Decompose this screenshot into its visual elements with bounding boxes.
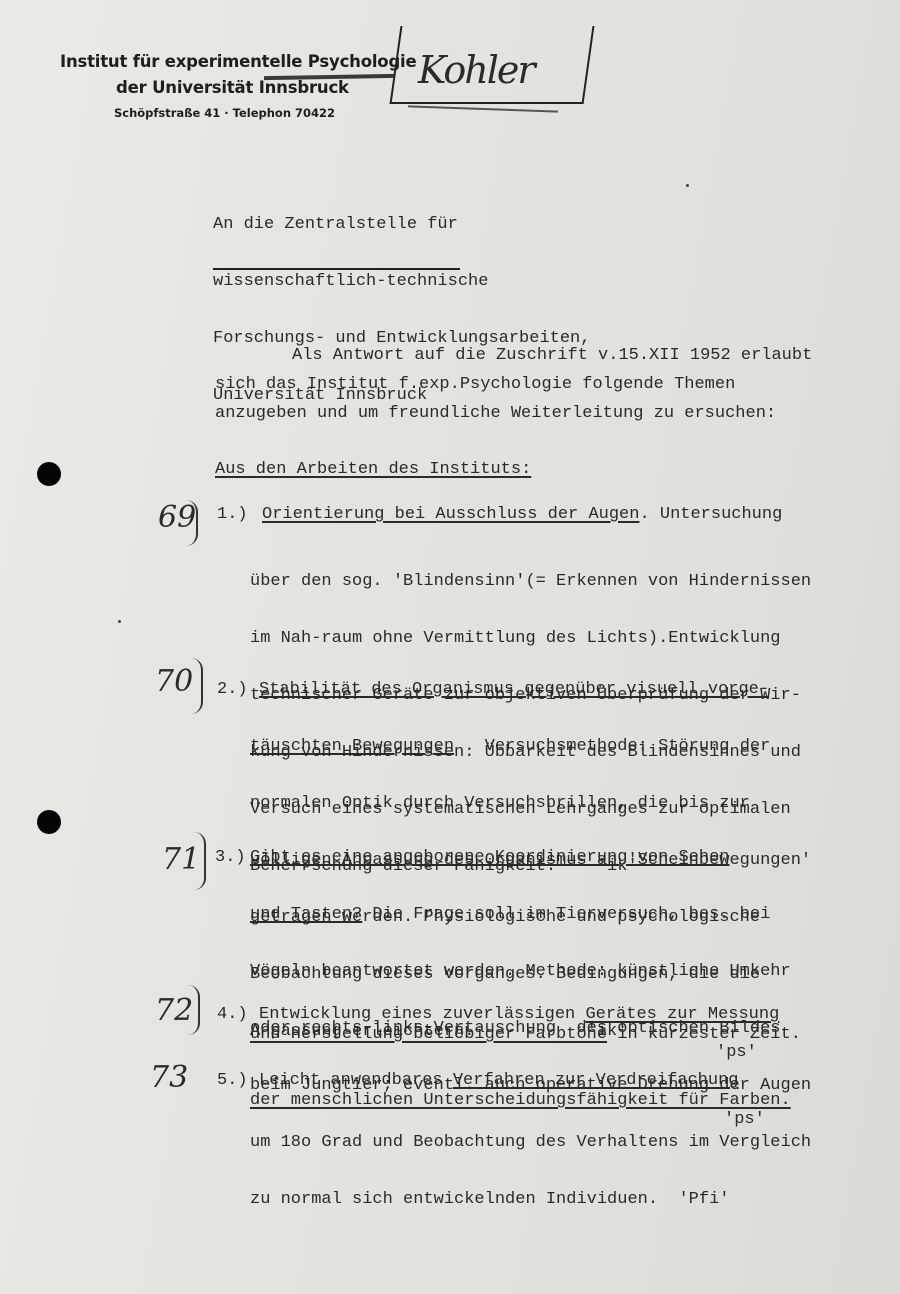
item-title: Orientierung bei Ausschluss der Augen — [262, 505, 639, 524]
margin-bracket — [194, 832, 206, 890]
item-title: Gibt es eine angeborene Koordinierung vo… — [250, 848, 729, 867]
section-heading: Aus den Arbeiten des Instituts: — [215, 460, 531, 479]
item-title: Stabilität des Organismus gegenüber visu… — [259, 680, 769, 699]
margin-number: 70 — [155, 664, 193, 699]
item-title: und Herstellung beliebiger Farbtöne — [250, 1025, 607, 1044]
item-text: . Versuchsmethode: Störung der — [454, 737, 770, 756]
letterhead-institute: Institut für experimentelle Psychologie — [60, 52, 417, 71]
margin-bracket — [188, 985, 200, 1035]
paper-speck — [686, 184, 689, 187]
item-title: täuschten Bewegungen — [250, 737, 454, 756]
item-line: Vögeln beantwortet werden. Methode: küns… — [250, 962, 811, 981]
recipient-line: An die Zentralstelle für — [213, 215, 590, 234]
address-rule — [213, 268, 460, 270]
item-first-line: Leicht anwendbares Verfahren zur Verdrei… — [259, 1071, 739, 1090]
item-number: 2.) — [217, 680, 248, 699]
intro-line: Als Antwort auf die Zuschrift v.15.XII 1… — [292, 346, 812, 365]
punch-hole — [37, 462, 61, 486]
item-initials: 'ps' — [716, 1043, 757, 1062]
item-title: Gerätes zur Messung — [585, 1005, 779, 1024]
item-title: Verfahren zur Verdreifachung — [453, 1071, 739, 1090]
margin-bracket — [186, 500, 198, 546]
item-number: 5.) — [217, 1071, 248, 1090]
signature-underline — [408, 105, 558, 112]
margin-bracket — [191, 658, 203, 714]
item-number: 1.) — [217, 505, 248, 524]
item-second-line: und Herstellung beliebiger Farbtöne in k… — [250, 1025, 801, 1044]
item-text: in kürzester Zeit. — [607, 1025, 801, 1044]
item-text: Die Frage soll im Tierversuch, bes. bei — [362, 905, 770, 924]
section-heading-colon: : — [521, 460, 531, 479]
item-line: normalen Optik durch Versuchsbrillen, di… — [250, 794, 811, 813]
item-line: um 18o Grad und Beobachtung des Verhalte… — [250, 1133, 811, 1152]
margin-number: 73 — [150, 1060, 188, 1095]
item-title: und Tasten? — [250, 905, 362, 924]
punch-hole — [37, 810, 61, 834]
item-title-line: Stabilität des Organismus gegenüber visu… — [259, 680, 769, 699]
item-first-line: Entwicklung eines zuverlässigen Gerätes … — [259, 1005, 779, 1024]
letterhead-address: Schöpfstraße 41 · Telephon 70422 — [114, 106, 335, 120]
item-line: über den sog. 'Blindensinn'(= Erkennen v… — [250, 572, 811, 591]
item-text: Entwicklung eines zuverlässigen — [259, 1005, 585, 1024]
recipient-line: wissenschaftlich-technische — [213, 272, 590, 291]
item-title-line: Gibt es eine angeborene Koordinierung vo… — [250, 848, 729, 867]
item-title: der menschlichen Unterscheidungsfähigkei… — [250, 1091, 791, 1110]
handwritten-signature: Kohler — [418, 48, 534, 92]
item-initials: 'ps' — [724, 1110, 765, 1129]
section-heading-underlined: des Instituts — [388, 460, 521, 479]
intro-line: anzugeben und um freundliche Weiterleitu… — [215, 404, 776, 423]
letterhead-university: der Universität Innsbruck — [116, 78, 349, 97]
item-text: Leicht anwendbares — [259, 1071, 453, 1090]
item-line: im Nah-raum ohne Vermittlung des Lichts)… — [250, 629, 811, 648]
item-number: 4.) — [217, 1005, 248, 1024]
item-line: zu normal sich entwickelnden Individuen.… — [250, 1190, 811, 1209]
paper-speck — [118, 620, 121, 623]
item-text: . Untersuchung — [639, 505, 782, 524]
intro-line: sich das Institut f.exp.Psychologie folg… — [215, 375, 735, 394]
item-number: 3.) — [215, 848, 246, 867]
item-second-line: der menschlichen Unterscheidungsfähigkei… — [250, 1091, 791, 1110]
section-heading-text: Aus den Arbeiten — [215, 460, 388, 479]
item-first-line: Orientierung bei Ausschluss der Augen. U… — [262, 505, 782, 524]
